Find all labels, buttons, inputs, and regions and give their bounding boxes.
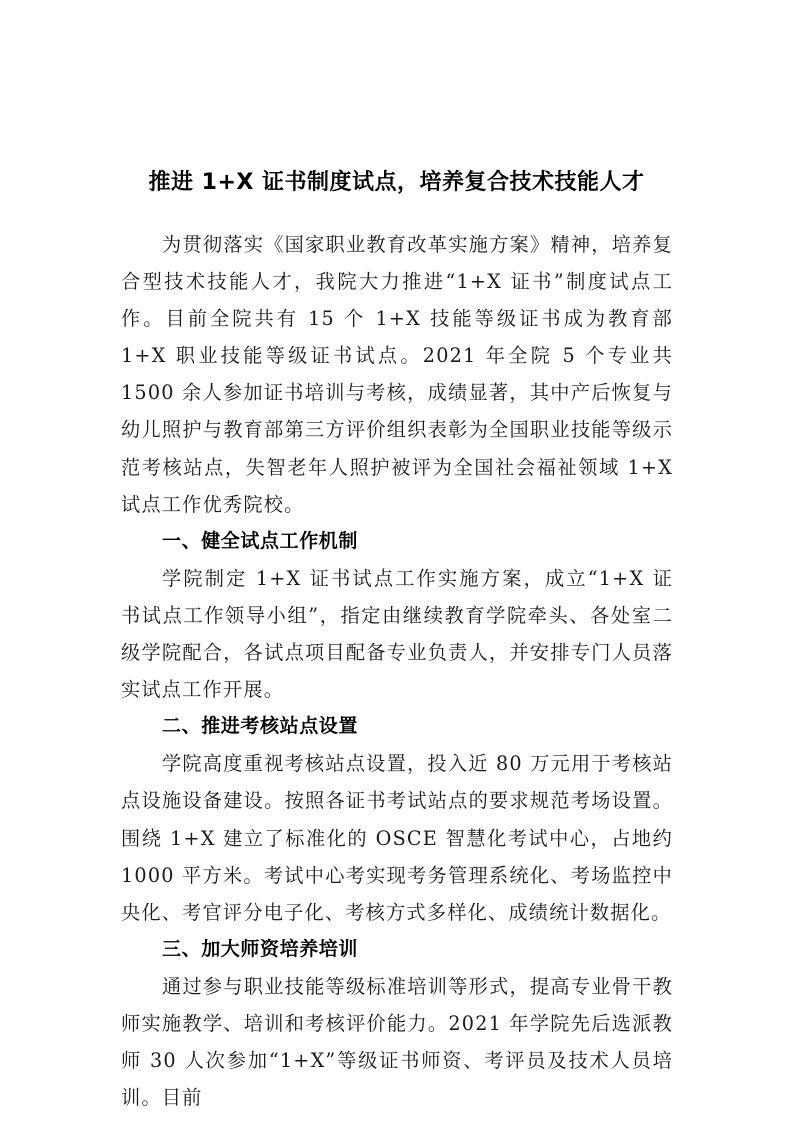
section-paragraph-1: 学院制定 1+X 证书试点工作实施方案，成立“1+X 证书试点工作领导小组”，指… — [121, 560, 673, 708]
section-paragraph-2: 学院高度重视考核站点设置，投入近 80 万元用于考核站点设施设备建设。按照各证书… — [121, 745, 673, 930]
document-page: 推进 1+X 证书制度试点，培养复合技术技能人才 为贯彻落实《国家职业教育改革实… — [0, 0, 793, 1122]
section-paragraph-3: 通过参与职业技能等级标准培训等形式，提高专业骨干教师实施教学、培训和考核评价能力… — [121, 968, 673, 1116]
intro-paragraph: 为贯彻落实《国家职业教育改革实施方案》精神，培养复合型技术技能人才，我院大力推进… — [121, 226, 673, 523]
section-heading-3: 三、加大师资培养培训 — [121, 931, 673, 968]
section-heading-1: 一、健全试点工作机制 — [121, 523, 673, 560]
section-heading-2: 二、推进考核站点设置 — [121, 708, 673, 745]
document-title: 推进 1+X 证书制度试点，培养复合技术技能人才 — [0, 167, 793, 199]
document-body: 为贯彻落实《国家职业教育改革实施方案》精神，培养复合型技术技能人才，我院大力推进… — [121, 226, 673, 1116]
